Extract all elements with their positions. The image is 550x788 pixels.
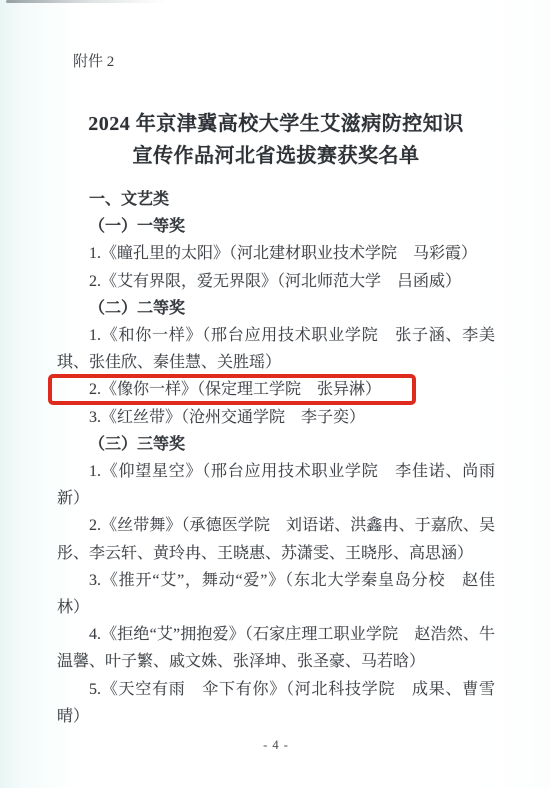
award-item: 3.《红丝带》（沧州交通学院 李子奕） bbox=[57, 404, 495, 431]
group-heading-third-prize: （三）三等奖 bbox=[57, 431, 495, 458]
award-item: 2.《像你一样》（保定理工学院 张异淋） bbox=[57, 376, 495, 403]
document-body: 一、文艺类 （一）一等奖 1.《瞳孔里的太阳》（河北建材职业技术学院 马彩霞） … bbox=[57, 186, 495, 759]
award-item: 1.《瞳孔里的太阳》（河北建材职业技术学院 马彩霞） bbox=[57, 240, 495, 267]
group-heading-first-prize: （一）一等奖 bbox=[57, 213, 495, 240]
award-item: 1.《仰望星空》（邢台应用技术职业学院 李佳诺、尚雨新） bbox=[57, 458, 495, 512]
document-title: 2024 年京津冀高校大学生艾滋病防控知识 宣传作品河北省选拔赛获奖名单 bbox=[57, 108, 495, 172]
document-page: 附件 2 2024 年京津冀高校大学生艾滋病防控知识 宣传作品河北省选拔赛获奖名… bbox=[0, 0, 550, 788]
page-number: - 4 - bbox=[57, 730, 495, 759]
attachment-label: 附件 2 bbox=[73, 52, 495, 72]
award-item: 4.《拒绝“艾”拥抱爱》（石家庄理工职业学院 赵浩然、牛温馨、叶子繁、戚文姝、张… bbox=[57, 621, 495, 675]
award-item: 1.《和你一样》（邢台应用技术职业学院 张子涵、李美琪、张佳欣、秦佳慧、关胜瑶） bbox=[57, 322, 495, 376]
award-item: 2.《艾有界限，爱无界限》（河北师范大学 吕函威） bbox=[57, 268, 495, 295]
award-item: 2.《丝带舞》（承德医学院 刘语诺、洪鑫冉、于嘉欣、吴彤、李云轩、黄玲冉、王晓惠… bbox=[57, 512, 495, 566]
group-heading-second-prize: （二）二等奖 bbox=[57, 295, 495, 322]
highlighted-entry: 2.《像你一样》（保定理工学院 张异淋） bbox=[57, 376, 495, 403]
award-item: 3.《推开“艾”，舞动“爱”》（东北大学秦皇岛分校 赵佳林） bbox=[57, 567, 495, 621]
title-line-1: 2024 年京津冀高校大学生艾滋病防控知识 bbox=[57, 108, 495, 140]
award-item: 5.《天空有雨 伞下有你》（河北科技学院 成果、曹雪晴） bbox=[57, 676, 495, 730]
title-line-2: 宣传作品河北省选拔赛获奖名单 bbox=[57, 140, 495, 172]
photo-artifact bbox=[6, 0, 166, 3]
category-heading: 一、文艺类 bbox=[57, 186, 495, 213]
